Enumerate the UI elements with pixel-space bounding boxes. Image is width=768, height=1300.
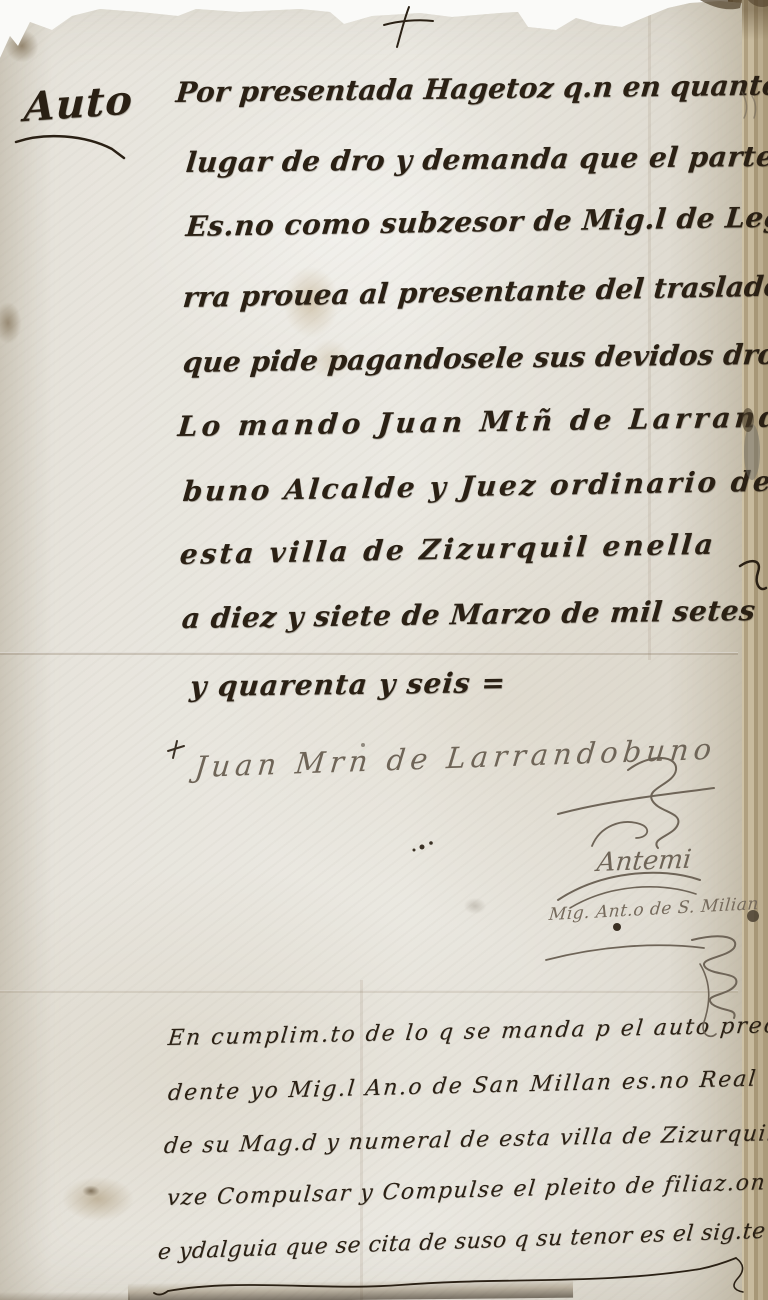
bottom-page-shadow bbox=[0, 1292, 130, 1300]
fold-crease-horizontal bbox=[0, 652, 738, 655]
bottom-page-shadow bbox=[128, 1279, 573, 1300]
p1-line: y quarenta y seis = bbox=[188, 666, 507, 703]
paper-sheet bbox=[0, 0, 742, 1300]
scanned-manuscript-page: Auto Por presentada Hagetoz q.n en quant… bbox=[0, 0, 768, 1300]
stain bbox=[0, 24, 44, 68]
stain bbox=[460, 895, 490, 917]
p1-line: lugar de dro y demanda que el parte. bbox=[184, 140, 768, 179]
stain bbox=[48, 1168, 148, 1230]
margin-note-auto: Auto bbox=[23, 76, 134, 131]
fold-crease-horizontal bbox=[0, 990, 738, 993]
stain bbox=[80, 1184, 102, 1198]
stain bbox=[0, 295, 26, 351]
attestation-ante-mi: Antemi bbox=[595, 845, 692, 878]
